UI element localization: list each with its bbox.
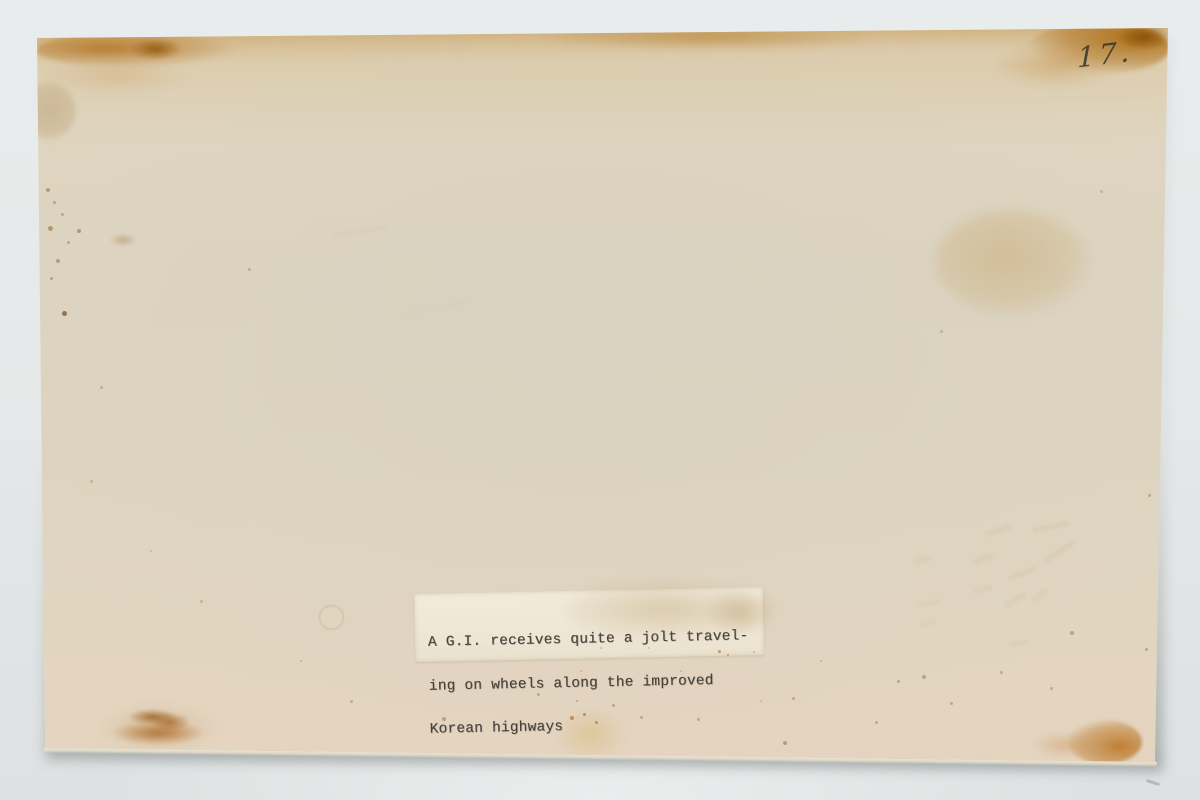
foxing-speck bbox=[46, 188, 50, 192]
foxing-speck bbox=[922, 675, 926, 679]
handwritten-page-number: 17. bbox=[1077, 34, 1133, 74]
smudge-streak bbox=[913, 555, 932, 564]
photo-card-back: 17. A G.I. receives quite a jolt travel-… bbox=[0, 0, 1200, 800]
stain-top-wash bbox=[30, 52, 1170, 132]
foxing-speck bbox=[90, 480, 93, 483]
foxing-speck bbox=[1145, 648, 1148, 651]
stain-bottom-left-c bbox=[150, 713, 190, 731]
stain-bottom-right bbox=[1068, 720, 1142, 764]
foxing-speck bbox=[67, 241, 70, 244]
foxing-speck bbox=[53, 201, 56, 204]
foxing-speck bbox=[50, 277, 53, 280]
smudge-streak bbox=[1008, 638, 1031, 648]
caption-line-2: ing on wheels along the improved bbox=[429, 672, 765, 693]
stain-bottom-left-halo bbox=[98, 703, 220, 753]
stain-bottom-right-tail bbox=[1032, 732, 1094, 758]
foxing-speck bbox=[783, 741, 787, 745]
smudge-streak bbox=[1032, 520, 1070, 534]
foxing-speck bbox=[62, 311, 67, 316]
foxing-speck bbox=[897, 680, 900, 683]
stain-right-middle bbox=[935, 210, 1090, 315]
foxing-speck bbox=[100, 386, 103, 389]
stain-left-blotch bbox=[110, 234, 136, 246]
stain-top-left-core bbox=[130, 38, 182, 60]
foxing-speck bbox=[820, 660, 822, 662]
foxing-speck bbox=[48, 226, 53, 231]
foxing-speck bbox=[248, 268, 251, 271]
foxing-speck bbox=[350, 700, 353, 703]
smudge-streak bbox=[916, 598, 941, 607]
foxing-speck bbox=[300, 660, 302, 662]
foxing-speck bbox=[1148, 494, 1151, 497]
smudge-streak bbox=[1003, 591, 1027, 608]
smudge-streak bbox=[1030, 586, 1049, 603]
caption-line-3: Korean highways bbox=[430, 716, 766, 737]
foxing-speck bbox=[61, 213, 64, 216]
foxing-speck bbox=[1000, 671, 1003, 674]
smudge-streak bbox=[330, 224, 390, 238]
photo-back-scan: 17. A G.I. receives quite a jolt travel-… bbox=[0, 0, 1200, 800]
smudge-streak bbox=[1044, 538, 1077, 564]
caption-label: A G.I. receives quite a jolt travel- ing… bbox=[414, 587, 764, 662]
caption-line-1: A G.I. receives quite a jolt travel- bbox=[428, 629, 764, 650]
stain-bottom-left-b bbox=[128, 709, 176, 725]
smudge-streak bbox=[1008, 565, 1038, 581]
foxing-speck bbox=[940, 330, 943, 333]
smudge-streak bbox=[972, 552, 997, 566]
stain-top-left-halo bbox=[40, 55, 190, 95]
foxing-speck bbox=[1100, 190, 1103, 193]
stain-bottom-left-a bbox=[112, 721, 204, 745]
foxing-speck bbox=[200, 600, 203, 603]
foxing-speck bbox=[77, 229, 81, 233]
foxing-speck bbox=[56, 259, 60, 263]
foxing-speck bbox=[150, 550, 152, 552]
foxing-speck bbox=[1050, 687, 1053, 690]
smudge-streak bbox=[985, 523, 1013, 537]
foxing-speck bbox=[950, 702, 953, 705]
smudge-streak bbox=[973, 584, 994, 595]
foxing-speck bbox=[1070, 631, 1074, 635]
caption-text: A G.I. receives quite a jolt travel- ing… bbox=[414, 587, 766, 766]
smudge-streak bbox=[918, 618, 937, 628]
foxing-speck bbox=[792, 697, 795, 700]
foxing-speck bbox=[875, 721, 878, 724]
smudge-streak bbox=[400, 298, 470, 318]
page-number-text: 17. bbox=[1077, 34, 1133, 74]
embossed-ring-mark bbox=[319, 605, 344, 630]
